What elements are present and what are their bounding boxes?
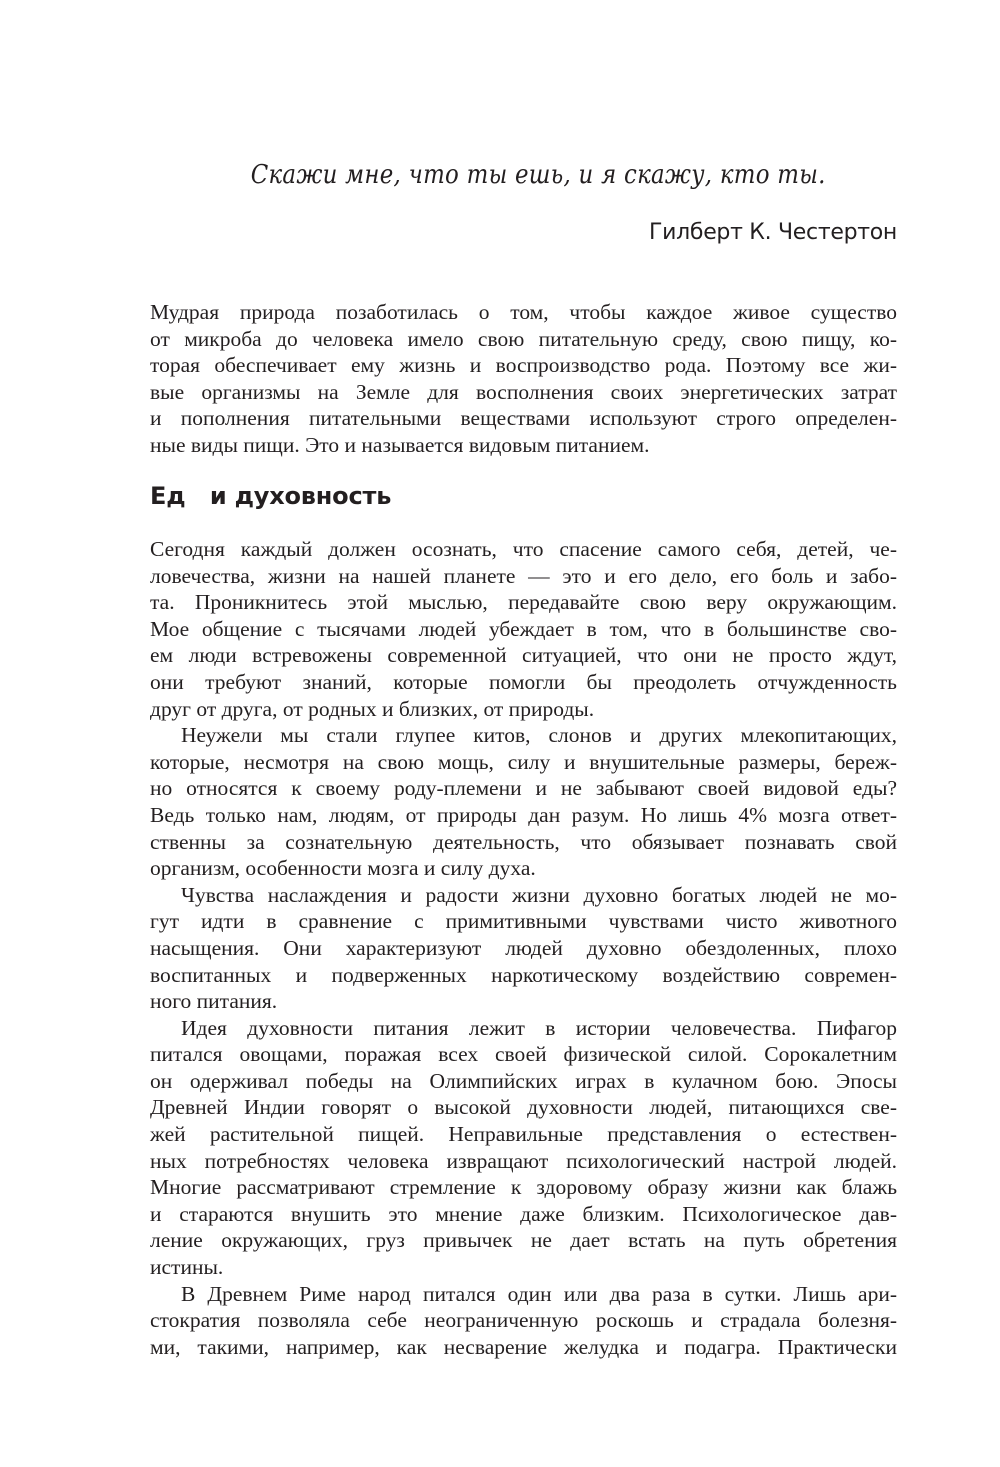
text-line: Ведь только нам, людям, от природы дан р… [150,802,897,829]
book-page: Скажи мне, что ты ешь, и я скажу, кто ты… [0,0,1000,1467]
text-line: они требуют знаний, которые помогли бы п… [150,669,897,696]
text-line: вые организмы на Земле для восполнения с… [150,379,897,406]
text-line: Неужели мы стали глупее китов, слонов и … [150,722,897,749]
text-line: истины. [150,1254,897,1281]
text-line: от микроба до человека имело свою питате… [150,326,897,353]
epigraph-author: Гилберт К. Честертон [649,220,897,245]
text-line: гут идти в сравнение с примитивными чувс… [150,908,897,935]
text-line: организм, особенности мозга и силу духа. [150,855,897,882]
text-line: воспитанных и подверженных наркотическом… [150,962,897,989]
text-line: жей растительной пищей. Неправильные пре… [150,1121,897,1148]
section-heading: Ед и духовность [150,482,391,510]
text-line: стократия позволяла себе неограниченную … [150,1307,897,1334]
text-line: Идея духовности питания лежит в истории … [150,1015,897,1042]
text-line: Чувства наслаждения и радости жизни духо… [150,882,897,909]
text-line: Мое общение с тысячами людей убеждает в … [150,616,897,643]
text-line: ственны за сознательную деятельность, чт… [150,829,897,856]
text-line: ми, такими, например, как несварение жел… [150,1334,897,1361]
text-line: торая обеспечивает ему жизнь и воспроизв… [150,352,897,379]
text-line: ем люди встревожены современной ситуацие… [150,642,897,669]
paragraph-3: Чувства наслаждения и радости жизни духо… [150,882,897,1015]
paragraph-4: Идея духовности питания лежит в истории … [150,1015,897,1281]
intro-paragraph: Мудрая природа позаботилась о том, чтобы… [150,299,897,459]
text-line: друг от друга, от родных и близких, от п… [150,696,897,723]
text-line: ного питания. [150,988,897,1015]
text-line: Древней Индии говорят о высокой духовнос… [150,1094,897,1121]
text-line: и пополнения питательными веществами исп… [150,405,897,432]
text-line: и стараются внушить это мнение даже близ… [150,1201,897,1228]
paragraph-2: Неужели мы стали глупее китов, слонов и … [150,722,897,882]
section-body: Сегодня каждый должен осознать, что спас… [150,536,897,1360]
text-line: он одерживал победы на Олимпийских играх… [150,1068,897,1095]
text-line: ление окружающих, груз привычек не дает … [150,1227,897,1254]
text-line: питался овощами, поражая всех своей физи… [150,1041,897,1068]
paragraph-5: В Древнем Риме народ питался один или дв… [150,1281,897,1361]
text-line: ных потребностях человека извращают псих… [150,1148,897,1175]
paragraph-1: Сегодня каждый должен осознать, что спас… [150,536,897,722]
text-line: Многие рассматривают стремление к здоров… [150,1174,897,1201]
text-line: ные виды пищи. Это и называется видовым … [150,432,897,459]
text-line: ловечества, жизни на нашей планете — это… [150,563,897,590]
text-line: В Древнем Риме народ питался один или дв… [150,1281,897,1308]
text-line: которые, несмотря на свою мощь, силу и в… [150,749,897,776]
text-line: та. Проникнитесь этой мыслью, передавайт… [150,589,897,616]
text-line: но относятся к своему роду-племени и не … [150,775,897,802]
text-line: Мудрая природа позаботилась о том, чтобы… [150,299,897,326]
text-line: насыщения. Они характеризуют людей духов… [150,935,897,962]
text-line: Сегодня каждый должен осознать, что спас… [150,536,897,563]
epigraph-quote: Скажи мне, что ты ешь, и я скажу, кто ты… [195,160,855,190]
